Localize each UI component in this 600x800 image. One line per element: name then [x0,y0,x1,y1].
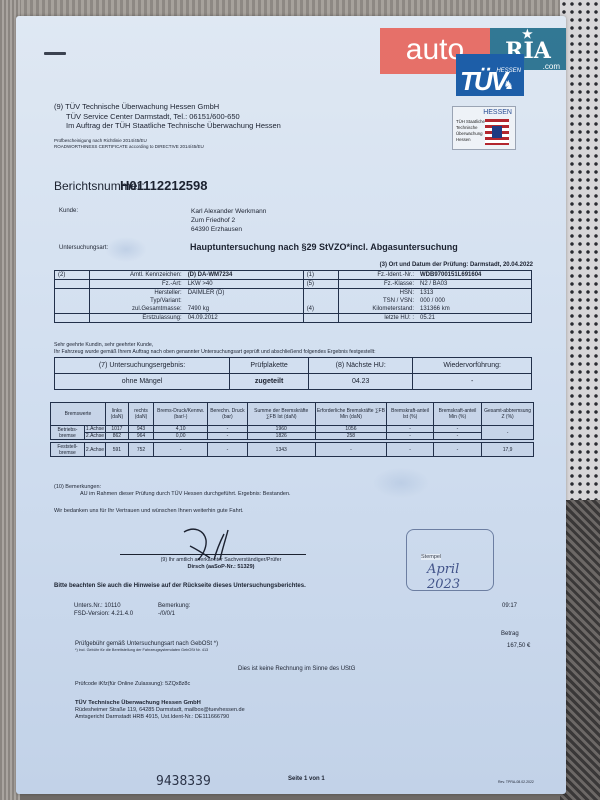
vehicle-code: (5) [303,280,338,289]
brake-row: Feststell-bremse2.Achse591752--1343---17… [51,443,534,457]
brake-value: - [387,426,434,433]
inspection-type-label: Untersuchungsart: [59,245,108,251]
inspection-type: Hauptuntersuchung nach §29 StVZO*incl. A… [190,242,458,252]
inspection-stamp: Stempel April 2023 [406,529,494,591]
brake-value: - [208,426,248,433]
vehicle-value [185,297,304,305]
online-registration-code: Prüfcode iKfz(für Online Zulassung): 5ZQ… [75,681,190,687]
vehicle-value: N2 / BA03 [417,280,532,289]
vehicle-code: (4) [303,305,338,314]
vehicle-value: (D) DA-WM7234 [185,271,304,280]
back-side-notice: Bitte beachten Sie auch die Hinweise auf… [54,583,306,589]
brake-header: Bremswerte [51,403,106,426]
issuer-block: (9) TÜV Technische Überwachung Hessen Gm… [54,102,281,131]
brake-value: 862 [106,433,129,440]
vehicle-code [55,297,90,305]
brake-value: 964 [128,433,154,440]
meta-remark: Bemerkung: -/0/0/1 [158,602,190,618]
result-reinspection: - [413,374,532,390]
background-patterned-cloth [560,500,600,800]
vehicle-label: TSN / VSN: [338,297,417,305]
customer-label: Kunde: [59,208,78,214]
brake-value: - [208,433,248,440]
vehicle-row: zul.Gesamtmasse:7490 kg(4)Kilometerstand… [55,305,532,314]
report-number: H01112212598 [120,178,207,193]
brake-value: - [387,433,434,440]
company-footer: TÜV Technische Überwachung Hessen GmbH R… [75,700,245,720]
brake-value: - [315,443,387,457]
vehicle-value: WDB9700151L691604 [417,271,532,280]
brake-value: 1826 [247,433,315,440]
tuh-text: TÜH Staatliche Technische Überwachung He… [456,119,485,143]
vehicle-label: Amtl. Kennzeichen: [90,271,185,280]
vehicle-label: Fz.-Ident.-Nr.: [338,271,417,280]
brake-value: 1017 [106,426,129,433]
vehicle-label: Typ/Variant: [90,297,185,305]
brake-values-table: Bremswertelinks (daN)rechts (daN)Brems-D… [50,402,534,457]
vehicle-value: DAIMLER (D) [185,289,304,298]
vehicle-label: zul.Gesamtmasse: [90,305,185,314]
lion-icon: ♞ [503,78,514,92]
brake-value: 1960 [247,426,315,433]
brake-axle: 1.Achse [84,426,105,433]
tuv-hessen-logo: TÜV HESSEN ♞ [456,54,524,96]
vehicle-label: Erstzulassung: [90,314,185,323]
vehicle-label: Fz.-Klasse: [338,280,417,289]
brake-value: 752 [128,443,154,457]
brake-header: links (daN) [106,403,129,426]
brake-value: 943 [128,426,154,433]
vehicle-label: letzte HU: : [338,314,417,323]
thanks-text: Wir bedanken uns für Ihr Vertrauen und w… [54,508,244,514]
brake-value: - [208,443,248,457]
certificate-note: Prüfbescheinigung nach Richtlinie 2014/4… [54,138,204,150]
vehicle-value: 05.21 [417,314,532,323]
vehicle-value: 7490 kg [185,305,304,314]
greeting: Sehr geehrte Kundin, sehr geehrter Kunde… [54,342,376,355]
vehicle-value: 000 / 000 [417,297,532,305]
vehicle-row: Hersteller:DAIMLER (D)HSN:1313 [55,289,532,298]
vehicle-value: 1313 [417,289,532,298]
brake-value: - [154,443,208,457]
brake-total-z: - [482,426,534,440]
vehicle-code [55,280,90,289]
brake-header: Bremskraft-anteil Min (%) [433,403,481,426]
fee-amount: 167,50 € [507,643,530,649]
vehicle-label: HSN: [338,289,417,298]
brake-value: - [433,443,481,457]
result-header: Wiedervorführung: [413,358,532,374]
parking-brake-label: Feststell-bremse [51,443,85,457]
inspection-meta: Unters.Nr.: 10110 FSD-Version: 4.21.4.0 [74,602,133,618]
result-header: Prüfplakette [230,358,309,374]
brake-row: 2.Achse8629640,00-1826258-- [51,433,534,440]
brake-value: - [387,443,434,457]
brake-value: 1056 [315,426,387,433]
vehicle-row: Fz.-Art:LKW >40(5)Fz.-Klasse:N2 / BA03 [55,280,532,289]
remarks: (10) Bemerkungen: AU im Rahmen dieser Pr… [54,484,291,498]
vehicle-data-table: (2)Amtl. Kennzeichen:(D) DA-WM7234(1)Fz.… [54,270,532,323]
vehicle-code [55,314,90,323]
brake-header: Erforderliche Bremskräfte ∑FB Min (daN) [315,403,387,426]
service-brake-label: Betriebs-bremse [51,426,85,440]
brake-value: 4,10 [154,426,208,433]
vehicle-code [55,289,90,298]
vehicle-row: Erstzulassung:04.09.2012letzte HU: :05.2… [55,314,532,323]
fee-amount-label: Betrag [501,631,519,637]
fee-description: Prüfgebühr gemäß Untersuchungsart nach G… [75,641,218,653]
inspection-report-document: auto ★ RIA .com TÜV HESSEN ♞ HESSEN TÜH … [16,16,566,794]
vehicle-value: 04.09.2012 [185,314,304,323]
vehicle-value: LKW >40 [185,280,304,289]
hessen-coat-of-arms-icon [485,119,509,145]
vehicle-value: 131366 km [417,305,532,314]
customer-address: Karl Alexander Werkmann Zum Friedhof 2 6… [191,207,266,234]
brake-header: Summe der Bremskräfte ∑FB Ist (daN) [247,403,315,426]
brake-row: Betriebs-bremse1.Achse10179434,10-196010… [51,426,534,433]
vehicle-row: Typ/Variant:TSN / VSN:000 / 000 [55,297,532,305]
vehicle-row: (2)Amtl. Kennzeichen:(D) DA-WM7234(1)Fz.… [55,271,532,280]
brake-header-row: Bremswertelinks (daN)rechts (daN)Brems-D… [51,403,534,426]
brake-header: Berechn. Druck (bar) [208,403,248,426]
signature-line [120,554,306,555]
vehicle-code [55,305,90,314]
brake-value: - [433,426,481,433]
brake-axle: 2.Achse [84,433,105,440]
brake-header: Bremskraft-anteil Ist (%) [387,403,434,426]
signature-caption: (9) Ihr amtlich anerkannter Sachverständ… [136,557,306,571]
star-icon: ★ [522,28,533,40]
serial-number: 9438339 [156,774,211,789]
vehicle-code: (1) [303,271,338,280]
brake-header: Brems-Druck/Kennw. (bar/-) [154,403,208,426]
vehicle-code [303,314,338,323]
brake-header: rechts (daN) [128,403,154,426]
brake-value: 1343 [247,443,315,457]
brake-value: 591 [106,443,129,457]
punch-mark [44,52,66,55]
brake-total-z: 17,9 [482,443,534,457]
result-outcome: ohne Mängel [55,374,230,390]
vehicle-code [303,289,338,298]
result-header: (8) Nächste HU: [309,358,413,374]
brake-value: - [433,433,481,440]
result-sticker: zugeteilt [230,374,309,390]
vehicle-label: Fz.-Art: [90,280,185,289]
vehicle-code [303,297,338,305]
vehicle-label: Kilometerstand: [338,305,417,314]
page-indicator: Seite 1 von 1 [288,776,325,782]
brake-value: 0,00 [154,433,208,440]
inspection-place-date: (3) Ort und Datum der Prüfung: Darmstadt… [380,262,533,268]
form-revision: Rev. TPRA-08.02.2022 [498,780,534,784]
vehicle-code: (2) [55,271,90,280]
result-table: (7) Untersuchungsergebnis: Prüfplakette … [54,357,532,390]
brake-value: 258 [315,433,387,440]
brake-axle: 2.Achse [84,443,105,457]
vehicle-label: Hersteller: [90,289,185,298]
no-invoice-note: Dies ist keine Rechnung im Sinne des USt… [238,666,355,672]
brake-header: Gesamt-abbremsung Z (%) [482,403,534,426]
inspection-time: 09:17 [502,603,517,609]
result-next-hu: 04.23 [309,374,413,390]
tuh-logo: HESSEN TÜH Staatliche Technische Überwac… [452,106,516,150]
result-header: (7) Untersuchungsergebnis: [55,358,230,374]
